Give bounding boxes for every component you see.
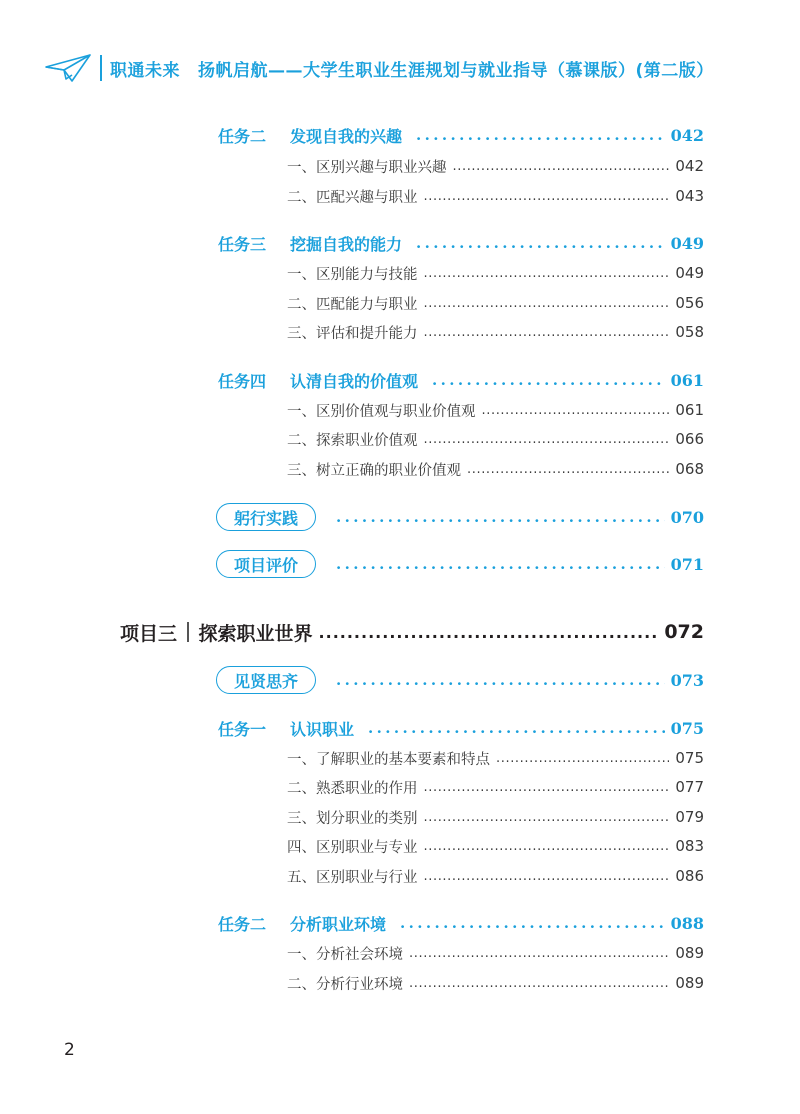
toc-project[interactable]: 项目三 探索职业世界 072 xyxy=(120,616,704,648)
leader-dots xyxy=(336,508,665,526)
subitem-title: 一、区别能力与技能 xyxy=(287,263,418,284)
toc-subitem[interactable]: 二、熟悉职业的作用 077 xyxy=(287,774,704,800)
task-title: 认清自我的价值观 xyxy=(290,369,418,392)
project-divider xyxy=(187,622,189,642)
subitem-title: 一、了解职业的基本要素和特点 xyxy=(287,748,490,769)
toc-subitem[interactable]: 四、区别职业与专业 083 xyxy=(287,833,704,859)
subitem-title: 二、探索职业价值观 xyxy=(287,429,418,450)
toc-task[interactable]: 任务三 挖掘自我的能力 049 xyxy=(218,230,704,256)
leader-dots xyxy=(400,914,665,932)
leader-dots xyxy=(424,325,670,340)
toc-subitem[interactable]: 二、分析行业环境 089 xyxy=(287,970,704,996)
leader-dots xyxy=(409,946,669,961)
page-ref: 043 xyxy=(675,187,704,205)
page-ref: 089 xyxy=(675,974,704,992)
toc-subitem[interactable]: 二、探索职业价值观 066 xyxy=(287,426,704,452)
toc-subitem[interactable]: 一、区别兴趣与职业兴趣 042 xyxy=(287,153,704,179)
page-ref: 070 xyxy=(671,508,704,527)
subitem-title: 五、区别职业与行业 xyxy=(287,866,418,887)
page-ref: 042 xyxy=(675,157,704,175)
toc-subitem[interactable]: 二、匹配能力与职业 056 xyxy=(287,290,704,316)
leader-dots xyxy=(424,839,670,854)
paper-plane-icon xyxy=(44,53,92,83)
page-ref: 088 xyxy=(671,914,704,933)
leader-dots xyxy=(368,719,665,737)
page-ref: 073 xyxy=(671,671,704,690)
leader-dots xyxy=(424,810,670,825)
page-ref: 083 xyxy=(675,837,704,855)
page-ref: 056 xyxy=(675,294,704,312)
leader-dots xyxy=(424,266,670,281)
page-ref: 068 xyxy=(675,460,704,478)
leader-dots xyxy=(424,780,670,795)
running-header: 职通未来扬帆启航——大学生职业生涯规划与就业指导（慕课版）(第二版） xyxy=(44,48,714,88)
section-pill: 见贤思齐 xyxy=(216,666,316,694)
page-ref: 061 xyxy=(675,401,704,419)
subitem-title: 二、匹配能力与职业 xyxy=(287,293,418,314)
leader-dots xyxy=(336,555,665,573)
task-title: 认识职业 xyxy=(290,717,354,740)
task-number: 任务一 xyxy=(218,717,290,740)
toc-pill-entry[interactable]: 躬行实践 070 xyxy=(216,500,704,534)
leader-dots xyxy=(432,371,665,389)
toc-subitem[interactable]: 一、分析社会环境 089 xyxy=(287,940,704,966)
page-ref: 077 xyxy=(675,778,704,796)
task-number: 任务二 xyxy=(218,124,290,147)
subitem-title: 三、划分职业的类别 xyxy=(287,807,418,828)
leader-dots xyxy=(416,126,665,144)
page-ref: 071 xyxy=(671,555,704,574)
subitem-title: 二、分析行业环境 xyxy=(287,973,403,994)
task-number: 任务二 xyxy=(218,912,290,935)
series-name: 职通未来 xyxy=(110,61,180,81)
task-number: 任务三 xyxy=(218,232,290,255)
toc-task[interactable]: 任务一 认识职业 075 xyxy=(218,715,704,741)
page-ref: 049 xyxy=(671,234,704,253)
task-number: 任务四 xyxy=(218,369,290,392)
toc-subitem[interactable]: 五、区别职业与行业 086 xyxy=(287,863,704,889)
leader-dots xyxy=(319,623,659,642)
page-ref: 072 xyxy=(664,621,704,643)
leader-dots xyxy=(424,869,670,884)
leader-dots xyxy=(496,751,669,766)
task-title: 发现自我的兴趣 xyxy=(290,124,402,147)
subitem-title: 一、区别价值观与职业价值观 xyxy=(287,400,476,421)
leader-dots xyxy=(424,189,670,204)
subitem-title: 一、分析社会环境 xyxy=(287,943,403,964)
toc-subitem[interactable]: 二、匹配兴趣与职业 043 xyxy=(287,183,704,209)
page-ref: 061 xyxy=(671,371,704,390)
leader-dots xyxy=(416,234,665,252)
subitem-title: 三、评估和提升能力 xyxy=(287,322,418,343)
project-title: 探索职业世界 xyxy=(199,619,313,646)
toc-subitem[interactable]: 三、划分职业的类别 079 xyxy=(287,804,704,830)
page-ref: 066 xyxy=(675,430,704,448)
task-title: 分析职业环境 xyxy=(290,912,386,935)
book-title: 扬帆启航——大学生职业生涯规划与就业指导（慕课版）(第二版） xyxy=(198,61,714,81)
page-ref: 075 xyxy=(675,749,704,767)
subitem-title: 三、树立正确的职业价值观 xyxy=(287,459,461,480)
subitem-title: 二、匹配兴趣与职业 xyxy=(287,186,418,207)
page-ref: 086 xyxy=(675,867,704,885)
toc-subitem[interactable]: 一、区别价值观与职业价值观 061 xyxy=(287,397,704,423)
leader-dots xyxy=(409,976,669,991)
header-divider xyxy=(100,55,102,81)
toc-subitem[interactable]: 一、区别能力与技能 049 xyxy=(287,260,704,286)
page-number: 2 xyxy=(64,1040,75,1060)
project-number: 项目三 xyxy=(120,619,177,646)
page-ref: 042 xyxy=(671,126,704,145)
page-ref: 058 xyxy=(675,323,704,341)
toc-task[interactable]: 任务二 发现自我的兴趣 042 xyxy=(218,122,704,148)
toc-pill-entry[interactable]: 见贤思齐 073 xyxy=(216,663,704,697)
subitem-title: 一、区别兴趣与职业兴趣 xyxy=(287,156,447,177)
page-ref: 089 xyxy=(675,944,704,962)
toc-subitem[interactable]: 三、树立正确的职业价值观 068 xyxy=(287,456,704,482)
toc-subitem[interactable]: 一、了解职业的基本要素和特点 075 xyxy=(287,745,704,771)
leader-dots xyxy=(336,671,665,689)
page-ref: 075 xyxy=(671,719,704,738)
leader-dots xyxy=(482,403,670,418)
toc-pill-entry[interactable]: 项目评价 071 xyxy=(216,547,704,581)
toc-task[interactable]: 任务二 分析职业环境 088 xyxy=(218,910,704,936)
leader-dots xyxy=(424,432,670,447)
toc-task[interactable]: 任务四 认清自我的价值观 061 xyxy=(218,367,704,393)
section-pill: 躬行实践 xyxy=(216,503,316,531)
subitem-title: 四、区别职业与专业 xyxy=(287,836,418,857)
subitem-title: 二、熟悉职业的作用 xyxy=(287,777,418,798)
leader-dots xyxy=(453,159,670,174)
page-ref: 079 xyxy=(675,808,704,826)
toc-subitem[interactable]: 三、评估和提升能力 058 xyxy=(287,319,704,345)
section-pill: 项目评价 xyxy=(216,550,316,578)
page-ref: 049 xyxy=(675,264,704,282)
leader-dots xyxy=(467,462,669,477)
task-title: 挖掘自我的能力 xyxy=(290,232,402,255)
header-title: 职通未来扬帆启航——大学生职业生涯规划与就业指导（慕课版）(第二版） xyxy=(110,56,714,81)
leader-dots xyxy=(424,296,670,311)
